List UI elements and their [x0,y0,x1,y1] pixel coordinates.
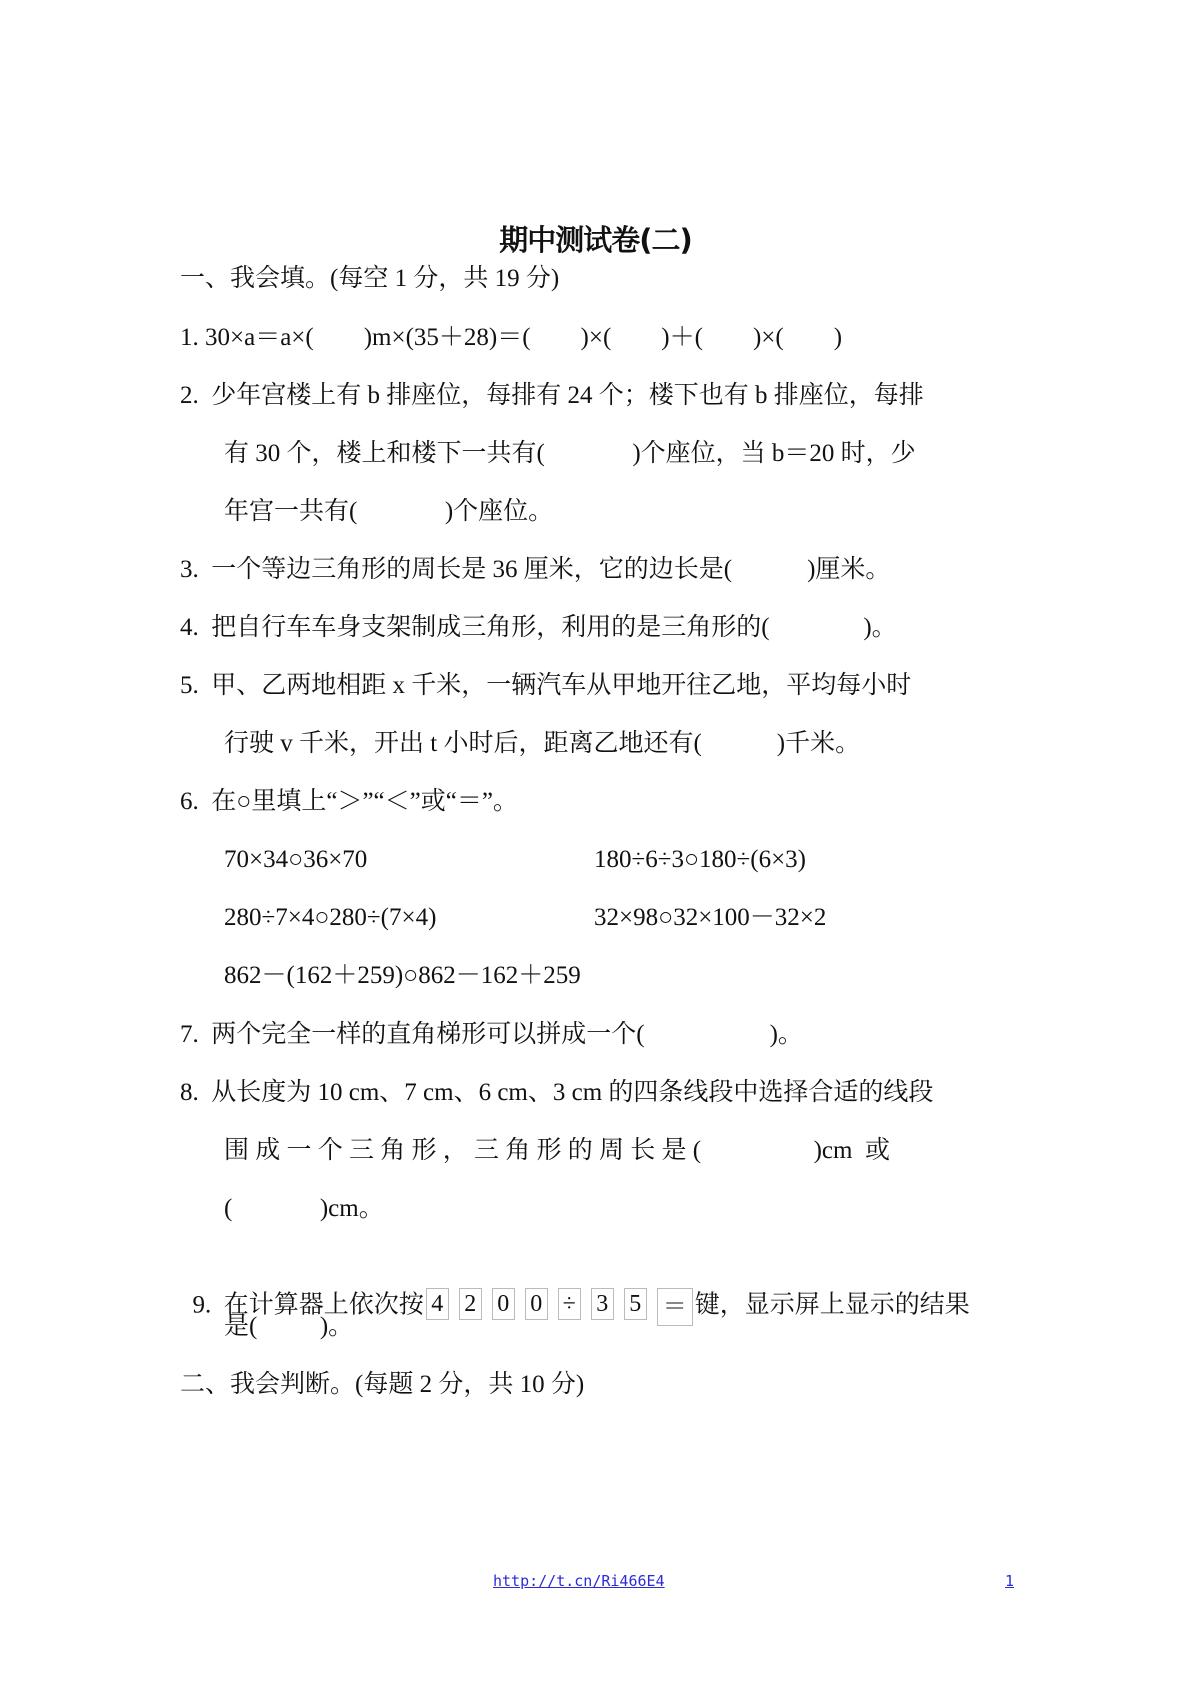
question-9-suffix: 键，显示屏上显示的结果 [695,1292,970,1319]
compare-item: 70×34○36×70 [224,845,367,875]
question-7: 7. 两个完全一样的直角梯形可以拼成一个( )。 [180,1020,803,1050]
question-8-line3: ( )cm。 [224,1194,384,1224]
section1-heading: 一、我会填。(每空 1 分，共 19 分) [180,264,559,294]
compare-item: 180÷6÷3○180÷(6×3) [594,845,806,875]
question-6: 6. 在○里填上“＞”“＜”或“＝”。 [180,787,518,817]
question-8-line1: 8. 从长度为 10 cm、7 cm、6 cm、3 cm 的四条线段中选择合适的… [180,1078,933,1108]
calc-key: 3 [591,1288,614,1320]
calc-key: 0 [525,1288,548,1320]
page-title: 期中测试卷(二) [0,218,1191,259]
compare-item: 862－(162＋259)○862－162＋259 [224,961,581,991]
question-3: 3. 一个等边三角形的周长是 36 厘米，它的边长是( )厘米。 [180,555,890,585]
section2-heading: 二、我会判断。(每题 2 分，共 10 分) [180,1370,584,1400]
question-8-line2: 围 成 一 个 三 角 形 ， 三 角 形 的 周 长 是 ( )cm 或 [224,1136,890,1166]
question-4: 4. 把自行车车身支架制成三角形，利用的是三角形的( )。 [180,613,897,643]
calc-key-divide: ÷ [558,1288,581,1320]
calc-key: 4 [426,1288,449,1320]
question-5-line2: 行驶 v 千米，开出 t 小时后，距离乙地还有( )千米。 [224,729,860,759]
question-2-line1: 2. 少年宫楼上有 b 排座位，每排有 24 个；楼下也有 b 排座位，每排 [180,381,924,411]
compare-item: 280÷7×4○280÷(7×4) [224,903,436,933]
question-9-line2: 是( )。 [224,1312,353,1342]
calculator-key-sequence: 4 2 0 0 ÷ 3 5 ＝ [426,1288,693,1326]
calc-key: 2 [459,1288,482,1320]
question-1: 1. 30×a＝a×( )m×(35＋28)＝( )×( )＋( )×( ) [180,323,842,353]
question-5-line1: 5. 甲、乙两地相距 x 千米，一辆汽车从甲地开往乙地，平均每小时 [180,671,911,701]
calc-key: 5 [624,1288,647,1320]
question-2-line2: 有 30 个，楼上和楼下一共有( )个座位，当 b＝20 时，少 [224,439,916,469]
calc-key: 0 [492,1288,515,1320]
compare-item: 32×98○32×100－32×2 [594,903,826,933]
calc-key-equals: ＝ [657,1288,693,1326]
page-number: 1 [1005,1572,1014,1590]
question-2-line3: 年宫一共有( )个座位。 [224,497,553,527]
footer-link[interactable]: http://t.cn/Ri466E4 [493,1572,665,1590]
